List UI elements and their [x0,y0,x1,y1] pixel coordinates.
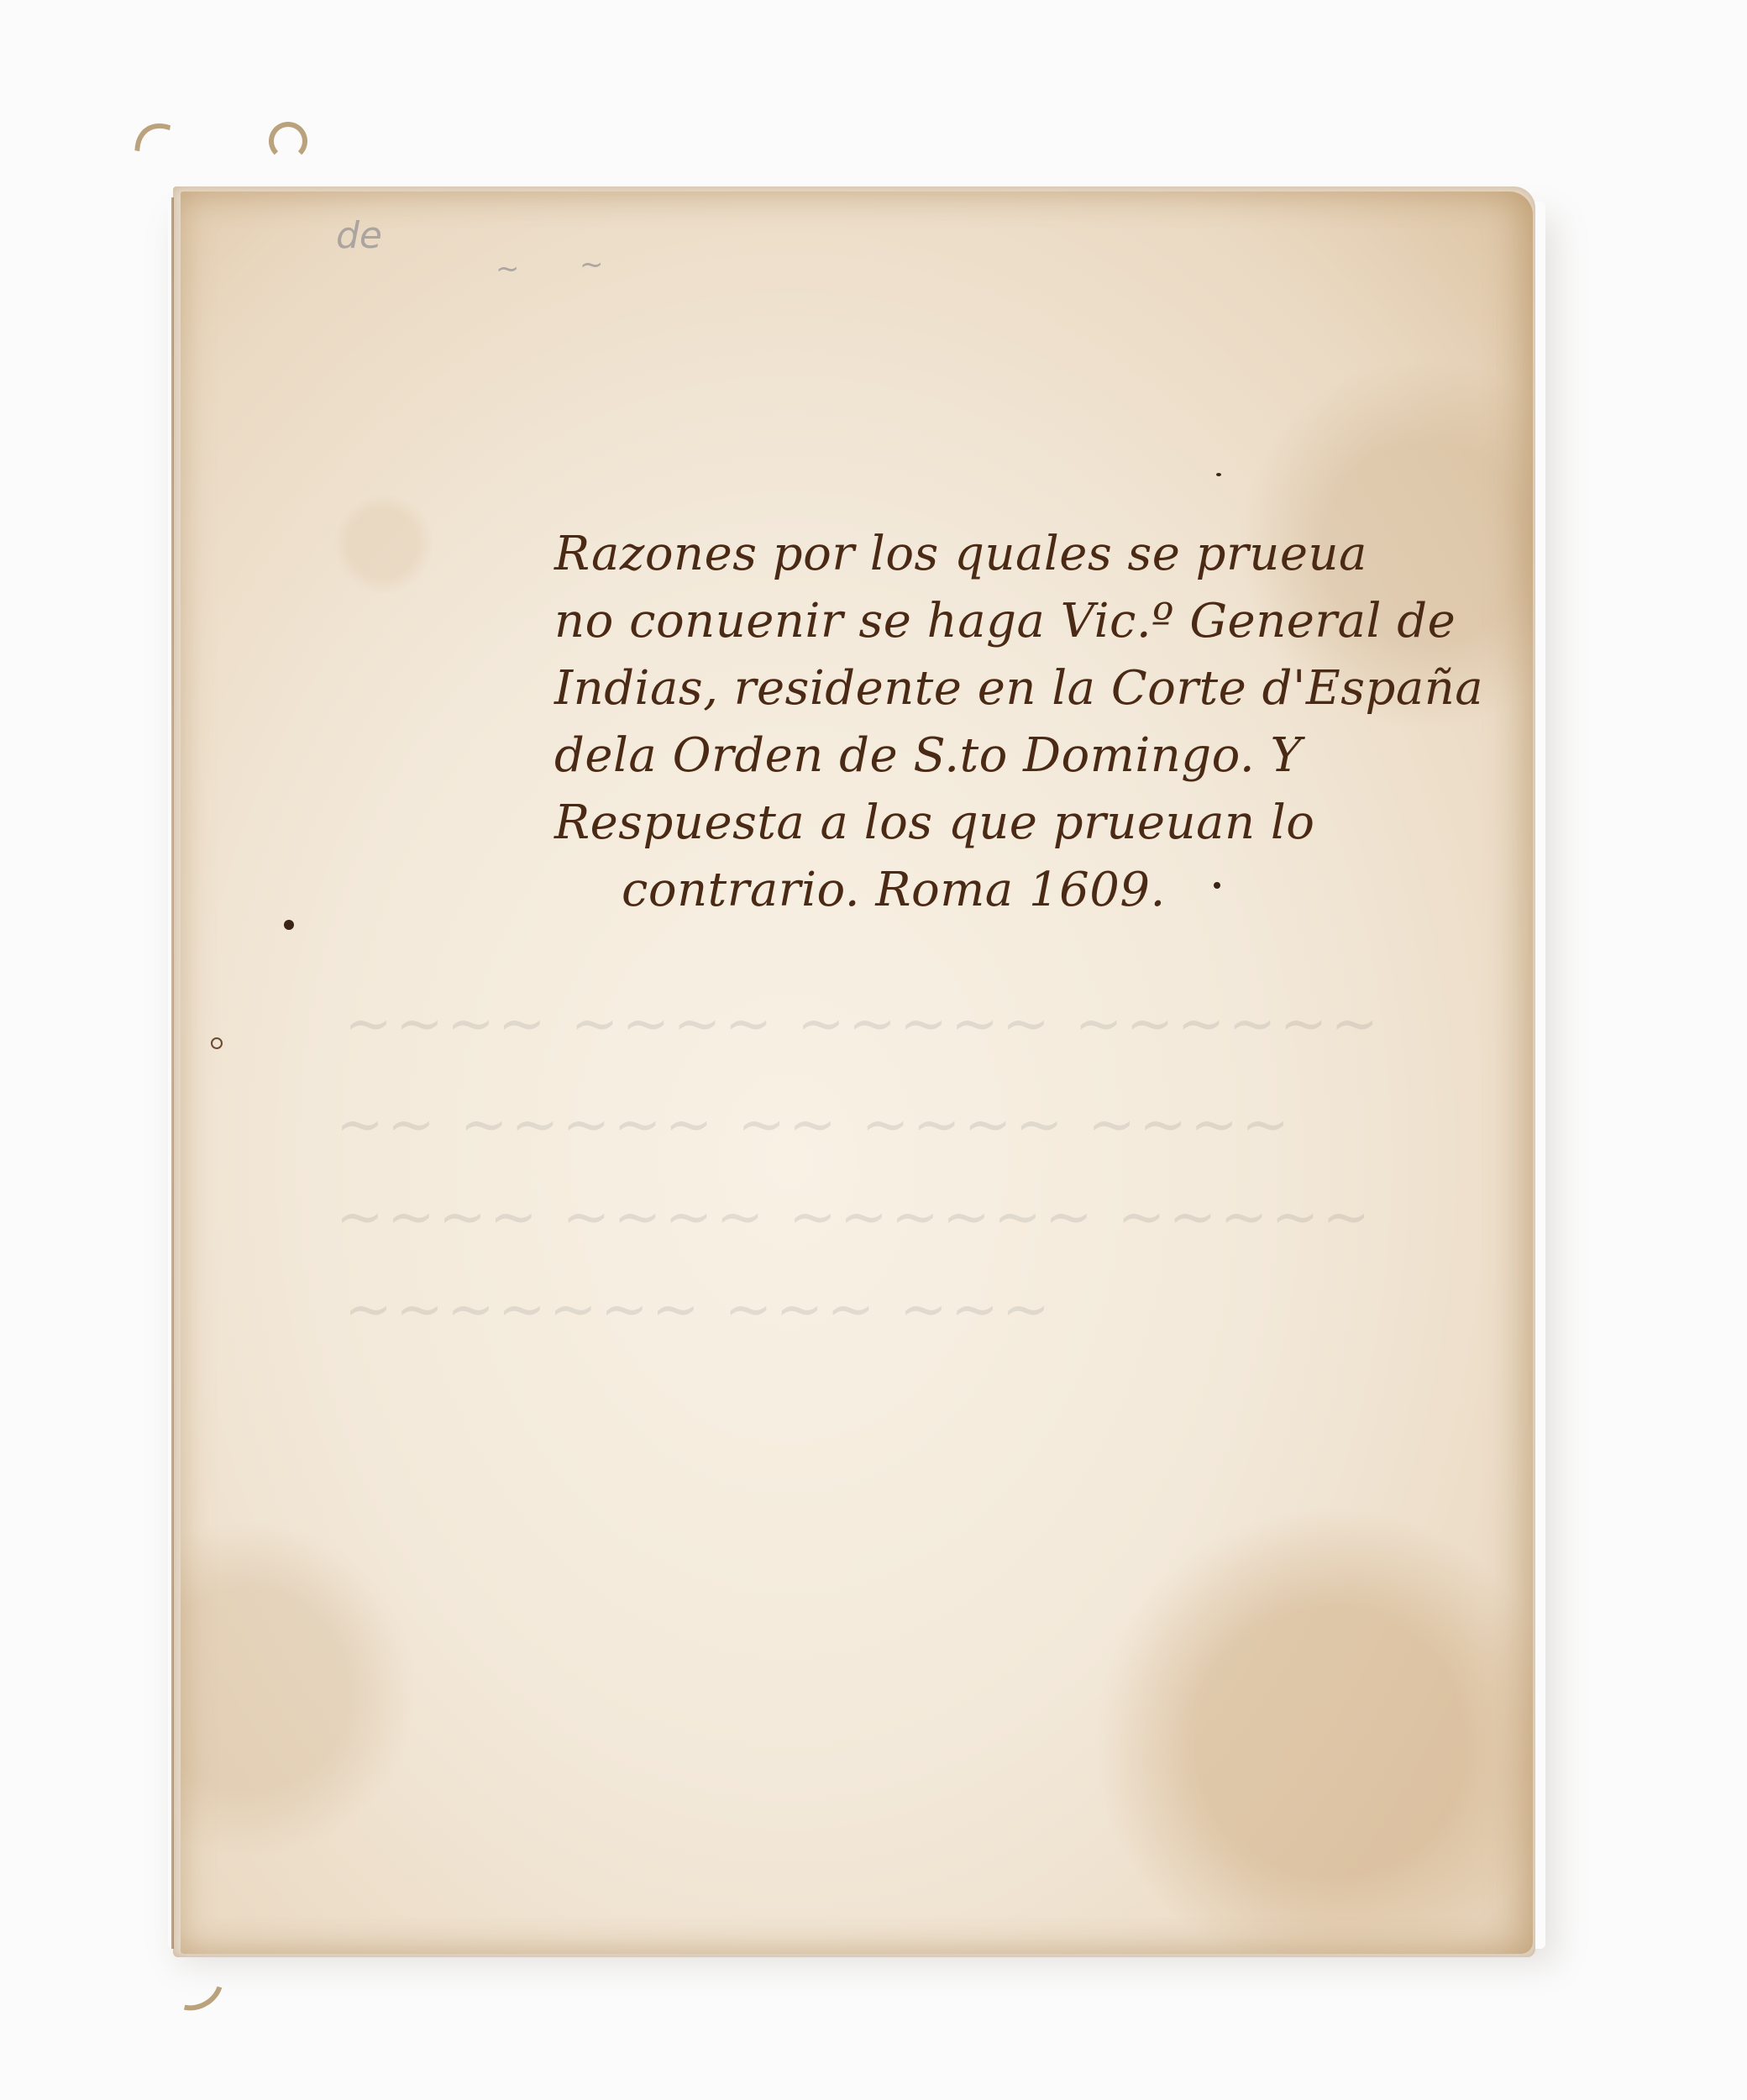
bleed-through-text: ~~~~ ~~~~ ~~~~~ ~~~~~~ [344,991,1382,1058]
title-line: Indias, residente en la Corte d'España [554,655,1226,722]
ink-spot [1214,882,1220,889]
bleed-through-text: ~~~~ ~~~~ ~~~~~~ ~~~~~ [336,1184,1373,1251]
title-line-date: contrario. Roma 1609. [554,857,1226,924]
ink-spot [284,920,294,930]
bleed-through-text: ~~ ~~~~~ ~~ ~~~~ ~~~~ [336,1092,1293,1158]
pencil-annotation: de [336,214,382,257]
ink-speck [1216,473,1221,476]
bleed-through-text: ~~~~~~~ ~~~ ~~~ [344,1277,1053,1343]
title-line: Respuesta a los que prueuan lo [554,790,1226,857]
title-line: no conuenir se haga Vic.º General de [554,588,1226,655]
pencil-annotation: ~ [496,252,520,286]
stitched-spine [171,197,174,1949]
title-line: dela Orden de S.to Domingo. Y [554,722,1226,790]
pencil-annotation: ~ [580,248,604,281]
handwritten-title: Razones por los quales se prueua no conu… [554,521,1226,924]
title-line: Razones por los quales se prueua [554,521,1226,588]
binding-string-loop [269,122,307,160]
manuscript-page [181,192,1533,1954]
ink-ring [211,1037,223,1049]
